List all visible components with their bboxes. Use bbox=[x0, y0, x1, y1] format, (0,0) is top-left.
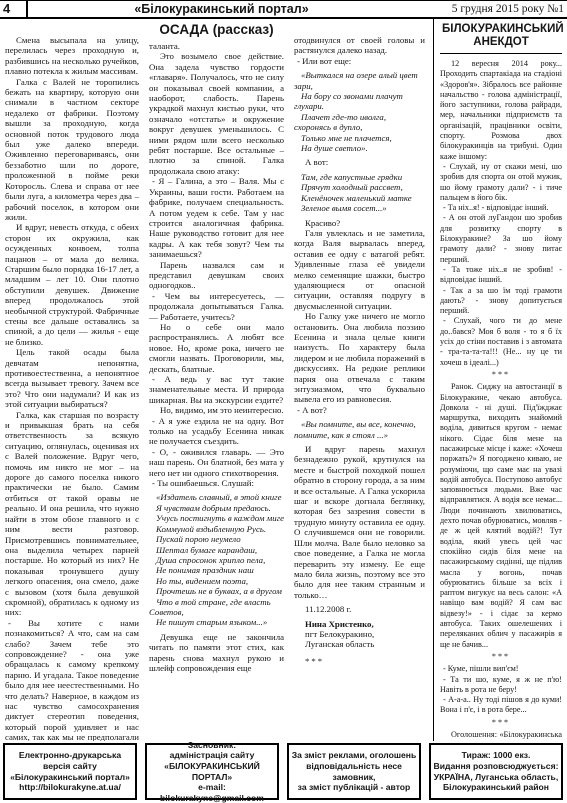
paragraph: отодвинулся от своей головы и растянулся… bbox=[294, 35, 425, 56]
paragraph: - А вот? bbox=[294, 405, 425, 415]
footer-line: «БІЛОКУРАКИНСЬКИЙ ПОРТАЛ» bbox=[149, 761, 275, 782]
paragraph: Плачет где-то иволга, схоронясь в дупло, bbox=[294, 112, 425, 133]
paragraph: Смена высыпала на улицу, перелилась чере… bbox=[5, 35, 139, 77]
paragraph: Кленёночек маленький матке bbox=[294, 193, 425, 203]
paragraph: Прочтешь не в буквах, а в другом bbox=[149, 586, 284, 596]
paragraph: - Вы хотите с нами познакомиться? А что,… bbox=[5, 618, 139, 741]
paragraph: - А он отой луГандон шо зробив для розви… bbox=[440, 213, 562, 264]
paragraph: Шептал бумаге карандаш, bbox=[149, 545, 284, 555]
paragraph: - А я уже ездила не на одну. Вот только … bbox=[149, 416, 284, 447]
footer-line: версія сайту bbox=[43, 761, 97, 772]
paragraph bbox=[294, 650, 425, 654]
paragraph: *** bbox=[294, 656, 425, 666]
paragraph: Девушка еще не закончила читать по памят… bbox=[149, 632, 284, 674]
page-body: Смена высыпала на улицу, перелилась чере… bbox=[0, 19, 567, 741]
paragraph: Но Галку уже ничего не могло остановить.… bbox=[294, 311, 425, 405]
footer-box-print-version: Електронно-друкарськаверсія сайту«Білоку… bbox=[3, 743, 137, 800]
footer-line: За зміст реклами, оголошень bbox=[292, 750, 417, 761]
paragraph: - Та тоже ніх..я не зробив! - відповідає… bbox=[440, 265, 562, 286]
footer-box-founder: Засновник:адміністрація сайту«БІЛОКУРАКИ… bbox=[145, 743, 279, 800]
paragraph: Ранок. Сиджу на автостанції в Білокураки… bbox=[440, 382, 562, 650]
paragraph: Нина Христенко, bbox=[294, 619, 425, 629]
paragraph: Но, видимо, им это неинтересно. bbox=[149, 405, 284, 415]
paragraph: Цель такой осады была девчатам непонятна… bbox=[5, 347, 139, 409]
paragraph: Коммуной вздыбленную Русь. bbox=[149, 524, 284, 534]
paragraph: На душе светло». bbox=[294, 143, 425, 153]
paragraph: Душа спросонок хрипло пела, bbox=[149, 555, 284, 565]
paragraph: - О, - оживился главарь. — Это наш парен… bbox=[149, 447, 284, 478]
story-column-2: ОСАДА (рассказ) таланта.Это возымело сво… bbox=[145, 19, 290, 741]
paragraph: Зеленое вымя сосет...» bbox=[294, 203, 425, 213]
footer-box-circulation: Тираж: 1000 екз.Видання розповсюджується… bbox=[429, 743, 563, 800]
footer-line: УКРАЇНА, Луганська область, bbox=[434, 772, 558, 783]
paragraph: Не пишут старым языком...» bbox=[149, 617, 284, 627]
story-column-1: Смена высыпала на улицу, перелилась чере… bbox=[0, 19, 145, 741]
footer-line: Видання розповсюджується: bbox=[434, 761, 559, 772]
paragraph: *** bbox=[440, 370, 562, 380]
paragraph: Галка, как старшая по возрасту и привыкш… bbox=[5, 410, 139, 618]
page-header: 4 «Білокуракинський портал» 5 грудня 201… bbox=[0, 0, 567, 19]
paragraph: 11.12.2008 г. bbox=[294, 604, 425, 614]
paragraph: *** bbox=[440, 718, 562, 728]
paragraph: Только мне не плачется, bbox=[294, 133, 425, 143]
paragraph: - Слухай, чого ти до мене до..бався? Моя… bbox=[440, 316, 562, 367]
paragraph: - Так а за шо їм тоді грамоти дають? - з… bbox=[440, 286, 562, 317]
paragraph: *** bbox=[440, 652, 562, 662]
paragraph: Прячут холодный рассвет, bbox=[294, 182, 425, 192]
footer-line: Засновник: bbox=[188, 740, 236, 751]
paragraph: А вот: bbox=[294, 157, 425, 167]
paragraph: Что в той стране, где власть Советов, bbox=[149, 597, 284, 618]
story-title: ОСАДА (рассказ) bbox=[149, 22, 284, 37]
paragraph: Красиво? bbox=[294, 218, 425, 228]
paragraph: «Издатель славный, в этой книге bbox=[149, 492, 284, 502]
paragraph: - А ведь у вас тут такие знаменательные … bbox=[149, 374, 284, 405]
paragraph: пгт Белокуракино, bbox=[294, 629, 425, 639]
story-column-3: отодвинулся от своей головы и растянулся… bbox=[290, 19, 433, 741]
paragraph: Я чувствам добрым предаюсь. bbox=[149, 503, 284, 513]
paragraph: - Слухай, ну от скажи мені, шо зробив дл… bbox=[440, 162, 562, 203]
footer-line: Тираж: 1000 екз. bbox=[462, 750, 531, 761]
paragraph: И вдруг, невесть откуда, с обеих сторон … bbox=[5, 222, 139, 347]
paragraph: - Я – Галина, а это – Валя. Мы с Украины… bbox=[149, 176, 284, 259]
page-number: 4 bbox=[0, 1, 28, 17]
paragraph: таланта. bbox=[149, 41, 284, 51]
footer-line: за зміст публікацій - автор bbox=[298, 782, 411, 793]
paragraph: И вдруг парень махнул безнадежно рукой, … bbox=[294, 444, 425, 600]
newspaper-title: «Білокуракинський портал» bbox=[28, 1, 415, 17]
paragraph: Но о себе они мало распространялись. А л… bbox=[149, 322, 284, 374]
footer-line: Електронно-друкарська bbox=[19, 750, 121, 761]
paragraph: Учусь постигнуть в каждом миге bbox=[149, 513, 284, 523]
footer-line: e-mail: bilokurakyne@gmail.com bbox=[149, 782, 275, 803]
paragraph: - Куме, пішли вип'єм! bbox=[440, 664, 562, 674]
paragraph: Оголошення: «Білокуракинська прокуратура… bbox=[440, 730, 562, 741]
footer-line: відповідальність несе замовник, bbox=[291, 761, 417, 782]
paragraph: Пускай порою неумело bbox=[149, 534, 284, 544]
paragraph: Парень назвался сам и представил девушка… bbox=[149, 260, 284, 291]
footer-box-responsibility: За зміст реклами, оголошеньвідповідальні… bbox=[287, 743, 421, 800]
paragraph: Галя увлеклась и не заметила, когда Валя… bbox=[294, 228, 425, 311]
issue-date: 5 грудня 2015 року №1 bbox=[415, 1, 567, 17]
footer-line: Білокуракинський район bbox=[443, 782, 549, 793]
paragraph: - Та ніх..я! - відповідає інший. bbox=[440, 203, 562, 213]
paragraph: Не понимая праздник наш bbox=[149, 565, 284, 575]
paragraph: Там, где капустные грядки bbox=[294, 172, 425, 182]
paragraph: - Та ти шо, куме, я ж не п'ю! Навіть в р… bbox=[440, 675, 562, 696]
paragraph: Луганская область bbox=[294, 639, 425, 649]
anekdot-text: 12 вересня 2014 року... Проходить спарта… bbox=[440, 59, 562, 741]
paragraph: - Чем вы интересуетесь, — продолжала доп… bbox=[149, 291, 284, 322]
paragraph: Но ты, видением поэта, bbox=[149, 576, 284, 586]
story-column-2-text: таланта.Это возымело свое действие. Она … bbox=[149, 41, 284, 673]
paragraph: На бору со звонами плачут глухари. bbox=[294, 91, 425, 112]
anekdot-section: БІЛОКУРАКИНСЬКИЙ АНЕКДОТ 12 вересня 2014… bbox=[433, 19, 567, 741]
paragraph: - Ты ошибаешься. Слушай: bbox=[149, 478, 284, 488]
paragraph: - Или вот еще: bbox=[294, 56, 425, 66]
newspaper-page: 4 «Білокуракинський портал» 5 грудня 201… bbox=[0, 0, 567, 803]
footer-line: адміністрація сайту bbox=[170, 750, 255, 761]
paragraph: - А-а-а.. Ну тоді пішов я до куми! Вона … bbox=[440, 695, 562, 716]
page-footer: Електронно-друкарськаверсія сайту«Білоку… bbox=[3, 743, 563, 800]
paragraph: «Вы помните, вы все, конечно, помните, к… bbox=[294, 419, 425, 440]
anekdot-title: БІЛОКУРАКИНСЬКИЙ АНЕКДОТ bbox=[440, 21, 562, 54]
paragraph: «Выткался на озере алый цвет зари, bbox=[294, 70, 425, 91]
paragraph: Это возымело свое действие. Она задела ч… bbox=[149, 51, 284, 176]
footer-line: http://bilokurakyne.at.ua/ bbox=[19, 782, 121, 793]
footer-line: «Білокуракинський портал» bbox=[10, 772, 130, 783]
paragraph: 12 вересня 2014 року... Проходить спарта… bbox=[440, 59, 562, 162]
paragraph: Галка с Валей не торопились бежать на кв… bbox=[5, 77, 139, 223]
